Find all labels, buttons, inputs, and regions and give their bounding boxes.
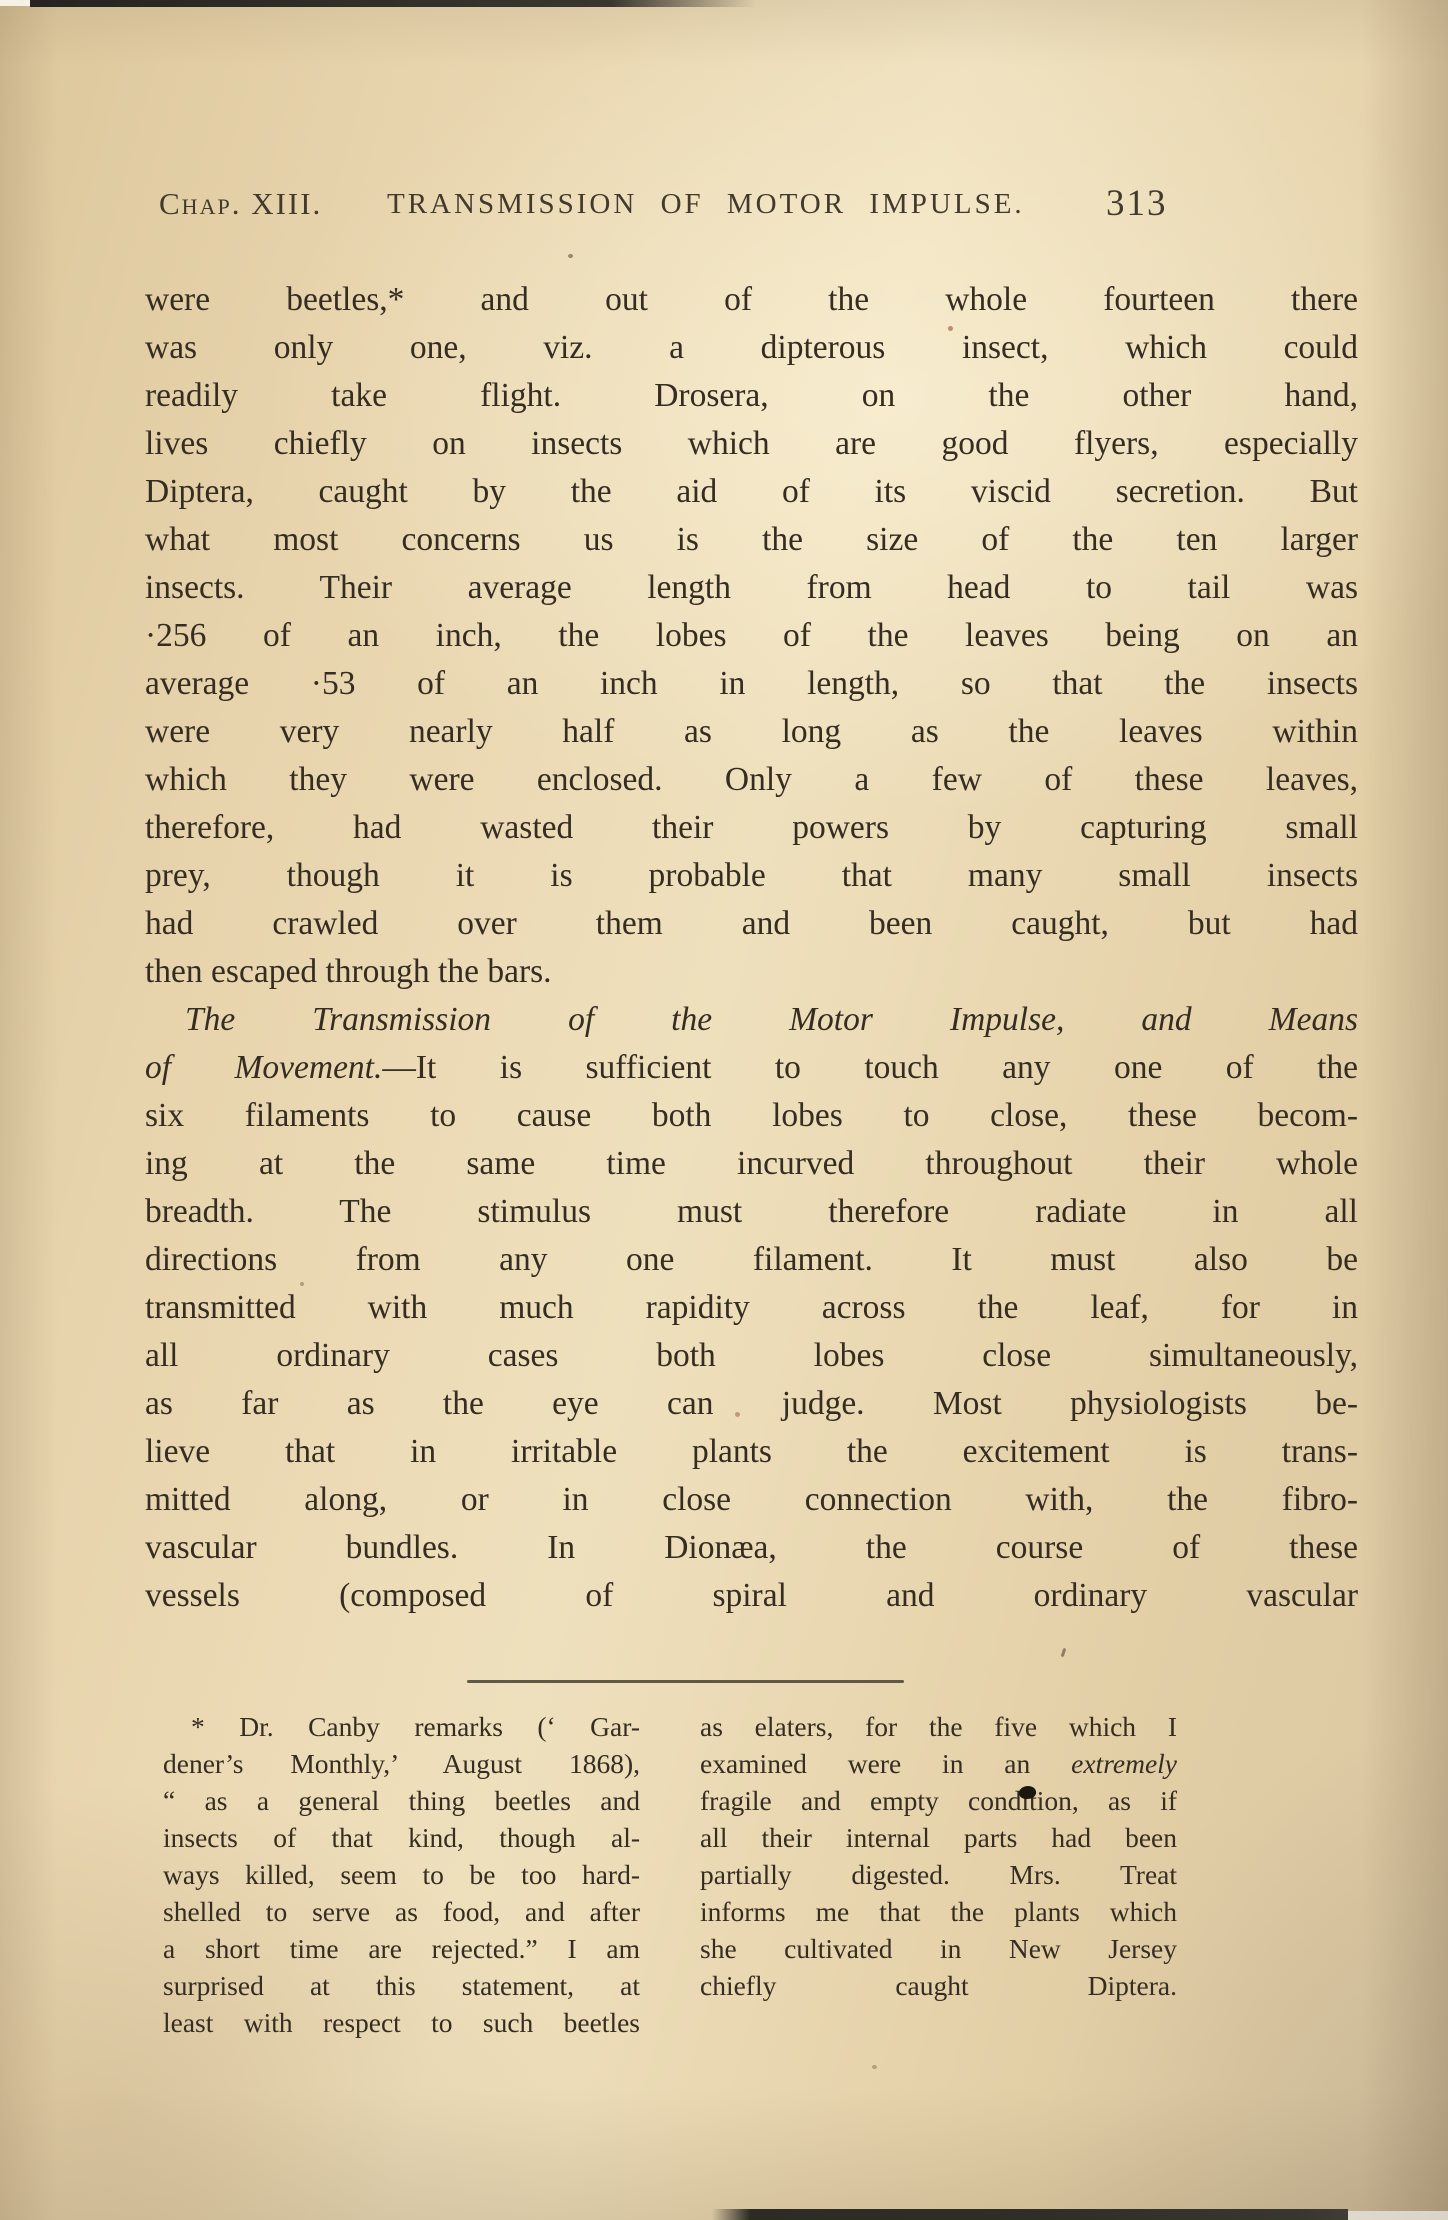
paper-speck [948,326,953,331]
text-line: informs me that the plants which [700,1893,1177,1930]
scan-edge-bottom-white [1348,2211,1448,2220]
text-line: all their internal parts had been [700,1819,1177,1856]
chapter-label: Chap. XIII. [159,186,322,222]
footnote-left-column: * Dr. Canby remarks (‘ Gar-dener’s Month… [163,1708,640,2041]
text-line: average ·53 of an inch in length, so tha… [145,660,1358,708]
text-line: as elaters, for the five which I [700,1708,1177,1745]
text-line: insects of that kind, though al- [163,1819,640,1856]
text-line: breadth. The stimulus must therefore rad… [145,1188,1358,1236]
page-header: Chap. XIII. TRANSMISSION OF MOTOR IMPULS… [145,186,1357,226]
text-line: shelled to serve as food, and after [163,1893,640,1930]
text-line: surprised at this statement, at [163,1967,640,2004]
paper-speck [872,2065,877,2069]
text-line: lives chiefly on insects which are good … [145,420,1358,468]
text-line: Diptera, caught by the aid of its viscid… [145,468,1358,516]
text-line: readily take flight. Drosera, on the oth… [145,372,1358,420]
text-line: were beetles,* and out of the whole four… [145,276,1358,324]
text-line: least with respect to such beetles [163,2004,640,2041]
running-title: TRANSMISSION OF MOTOR IMPULSE. [387,188,1025,221]
text-line: vessels (composed of spiral and ordinary… [145,1572,1358,1620]
text-line: she cultivated in New Jersey [700,1930,1177,1967]
text-line: was only one, viz. a dipterous insect, w… [145,324,1358,372]
text-line: transmitted with much rapidity across th… [145,1284,1358,1332]
text-line: a short time are rejected.” I am [163,1930,640,1967]
page-number: 313 [1106,182,1168,225]
text-line: then escaped through the bars. [145,948,1358,996]
text-line: ·256 of an inch, the lobes of the leaves… [145,612,1358,660]
text-line: therefore, had wasted their powers by ca… [145,804,1358,852]
text-line: as far as the eye can judge. Most physio… [145,1380,1358,1428]
text-line: The Transmission of the Motor Impulse, a… [145,996,1358,1044]
text-line: had crawled over them and been caught, b… [145,900,1358,948]
text-line: ways killed, seem to be too hard- [163,1856,640,1893]
text-line: directions from any one filament. It mus… [145,1236,1358,1284]
scan-edge-top-white [0,0,30,6]
text-line: mitted along, or in close connection wit… [145,1476,1358,1524]
text-line: lieve that in irritable plants the excit… [145,1428,1358,1476]
paper-speck [1061,1648,1067,1657]
text-line: six filaments to cause both lobes to clo… [145,1092,1358,1140]
text-line: prey, though it is probable that many sm… [145,852,1358,900]
text-line: fragile and empty condition, as if [700,1782,1177,1819]
text-line: which they were enclosed. Only a few of … [145,756,1358,804]
text-line: of Movement.—It is sufficient to touch a… [145,1044,1358,1092]
paper-speck [568,254,573,258]
footnote-right-column: as elaters, for the five which Iexamined… [700,1708,1177,2004]
main-text: were beetles,* and out of the whole four… [145,276,1358,1620]
text-line: dener’s Monthly,’ August 1868), [163,1745,640,1782]
book-page: Chap. XIII. TRANSMISSION OF MOTOR IMPULS… [0,0,1448,2220]
text-line: chiefly caught Diptera. [700,1967,1177,2004]
text-line: ing at the same time incurved throughout… [145,1140,1358,1188]
scan-edge-bottom-dark [712,2209,1348,2220]
text-line: * Dr. Canby remarks (‘ Gar- [163,1708,640,1745]
footnote-separator [467,1680,904,1683]
text-line: all ordinary cases both lobes close simu… [145,1332,1358,1380]
paper-speck [735,1412,740,1417]
text-line: insects. Their average length from head … [145,564,1358,612]
scan-edge-top-dark [30,0,756,7]
paper-speck [300,1282,304,1286]
text-line: vascular bundles. In Dionæa, the course … [145,1524,1358,1572]
text-line: “ as a general thing beetles and [163,1782,640,1819]
text-line: examined were in an extremely [700,1745,1177,1782]
text-line: were very nearly half as long as the lea… [145,708,1358,756]
text-line: what most concerns us is the size of the… [145,516,1358,564]
text-line: partially digested. Mrs. Treat [700,1856,1177,1893]
